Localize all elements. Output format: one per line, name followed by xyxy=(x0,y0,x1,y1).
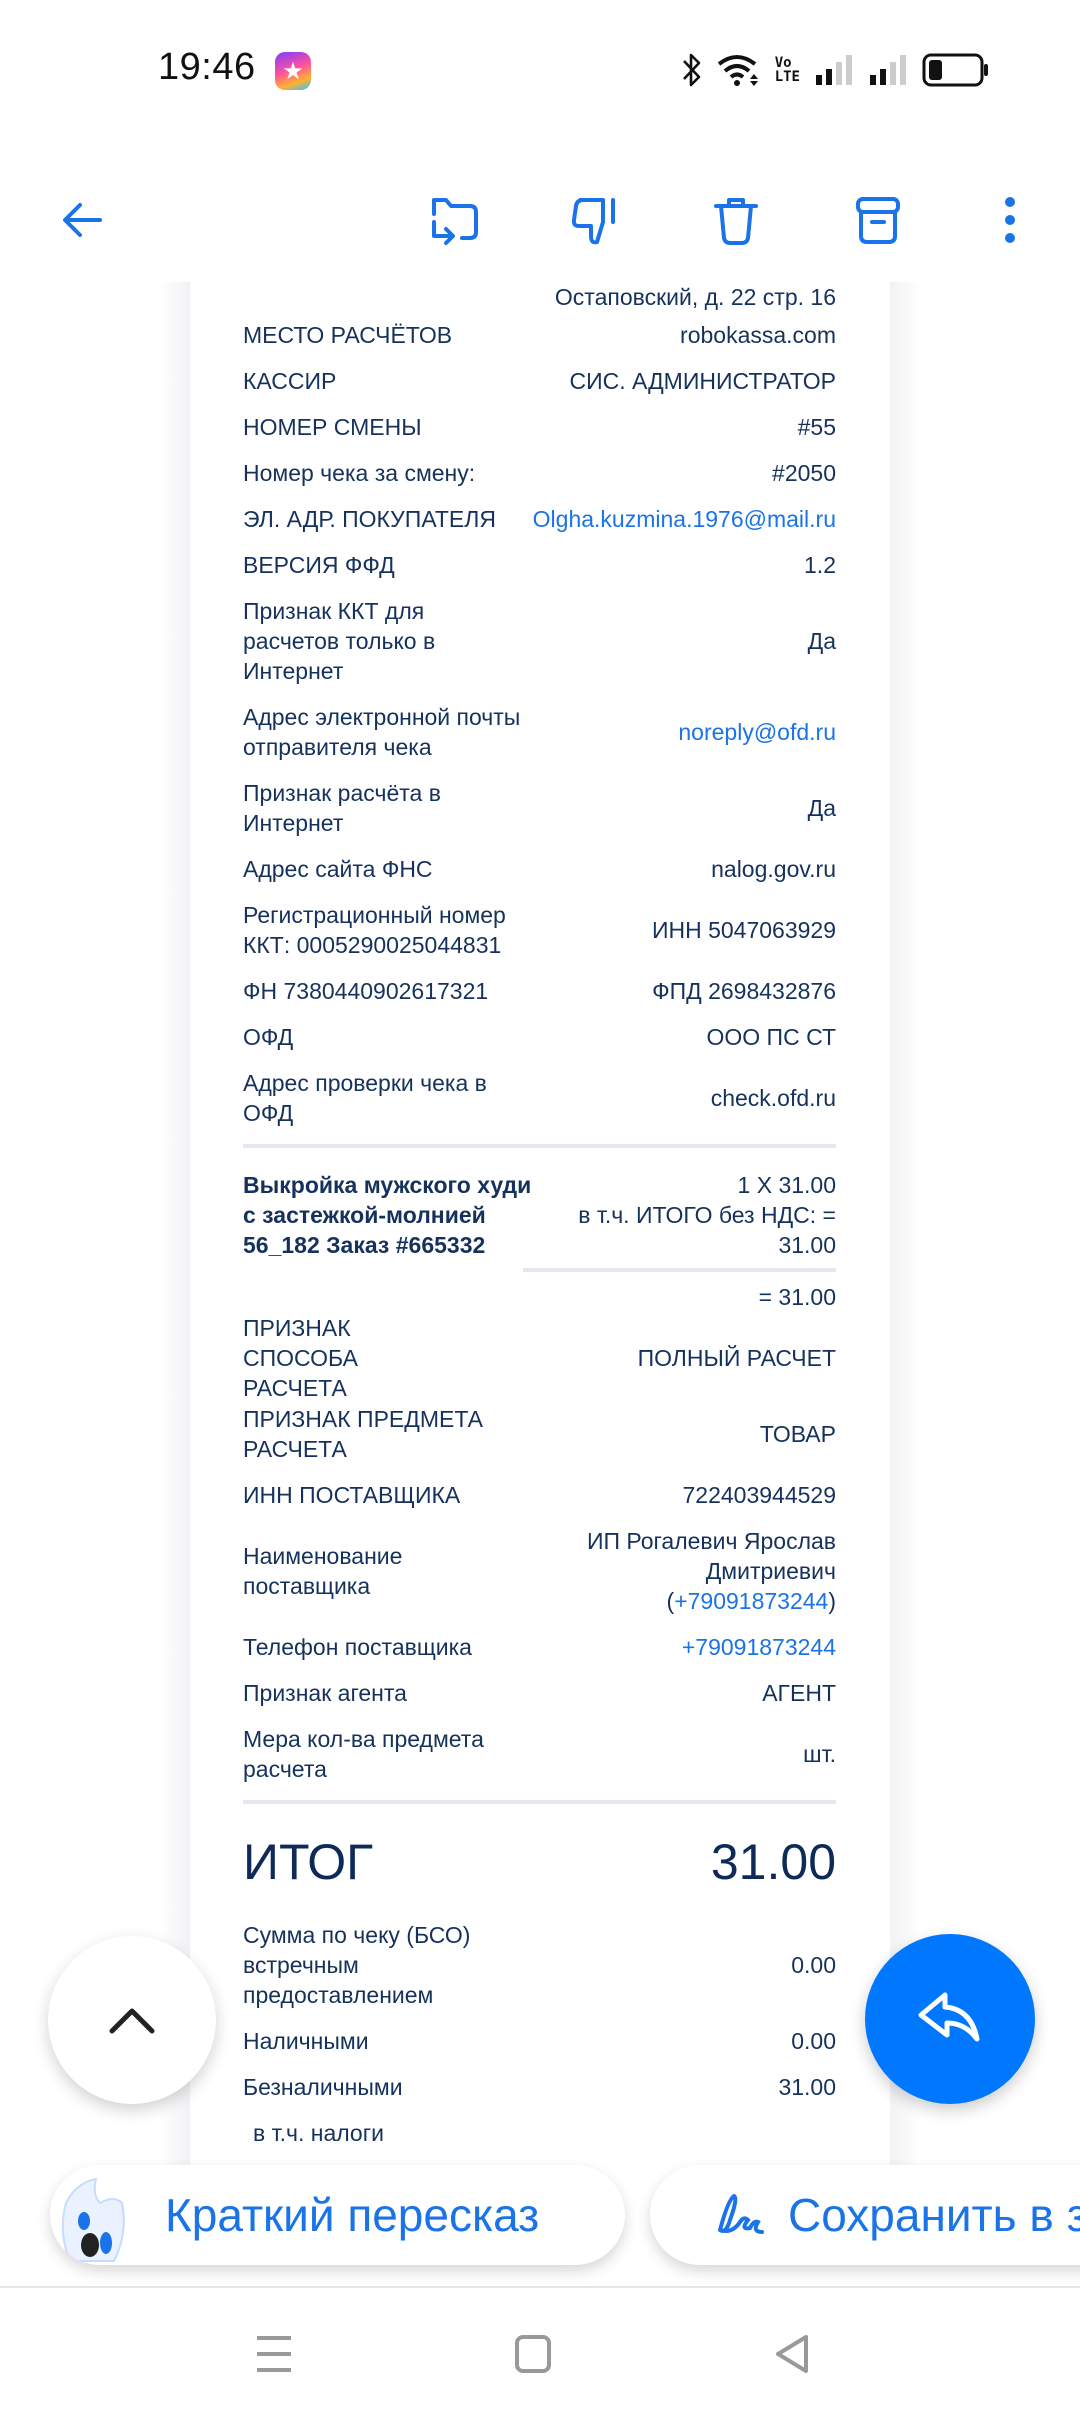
receipt-row: Безналичными 31.00 xyxy=(243,2064,836,2110)
menu-icon xyxy=(254,2334,294,2374)
receipt-row: Наименование поставщика ИП Рогалевич Яро… xyxy=(243,1518,836,1624)
row-value: robokassa.com xyxy=(680,320,836,350)
status-bar: 19:46 ★ Vo LTE xyxy=(0,0,1080,140)
row-label: в т.ч. налоги xyxy=(243,2118,384,2148)
receipt-row: Адрес проверки чека в ОФД check.ofd.ru xyxy=(243,1060,836,1136)
row-label: МЕСТО РАСЧЁТОВ xyxy=(243,320,452,350)
summary-chip-label: Краткий пересказ xyxy=(165,2188,539,2242)
move-to-folder-button[interactable] xyxy=(422,188,486,252)
receipt-row: КАССИР СИС. АДМИНИСТРАТОР xyxy=(243,358,836,404)
volte-label-bottom: LTE xyxy=(775,70,800,84)
folder-move-icon xyxy=(426,192,482,248)
row-label: ФН 7380440902617321 xyxy=(243,976,488,1006)
receipt-row: ПРИЗНАК СПОСОБА РАСЧЕТА ПОЛНЫЙ РАСЧЕТ xyxy=(243,1320,836,1396)
supplier-phone-link[interactable]: +79091873244 xyxy=(682,1632,836,1662)
receipt-row: Сумма по чеку (БСО) встречным предоставл… xyxy=(243,1912,836,2018)
receipt-row: Мера кол-ва предмета расчета шт. xyxy=(243,1716,836,1792)
item-calculation: 1 X 31.00 в т.ч. ИТОГО без НДС: = 31.00 xyxy=(578,1170,836,1260)
address-value: Остаповский, д. 22 стр. 16 xyxy=(555,282,836,312)
summary-chip[interactable]: Краткий пересказ xyxy=(50,2165,625,2265)
home-button[interactable] xyxy=(503,2324,563,2384)
receipt-row: ЭЛ. АДР. ПОКУПАТЕЛЯ Olgha.kuzmina.1976@m… xyxy=(243,496,836,542)
row-label: Признак агента xyxy=(243,1678,407,1708)
mascot-icon xyxy=(56,2173,138,2265)
row-value: 722403944529 xyxy=(683,1480,837,1510)
item-qty-price: 1 X 31.00 xyxy=(578,1170,836,1200)
receipt-row: ФН 7380440902617321 ФПД 2698432876 xyxy=(243,968,836,1014)
item-name: Выкройка мужского худи с застежкой-молни… xyxy=(243,1170,533,1260)
row-value: check.ofd.ru xyxy=(711,1083,836,1113)
total-value: 31.00 xyxy=(711,1833,836,1891)
reply-button[interactable] xyxy=(865,1934,1035,2104)
more-options-button[interactable] xyxy=(978,188,1042,252)
signature-icon xyxy=(710,2190,770,2240)
total-label: ИТОГ xyxy=(243,1833,373,1891)
battery-icon xyxy=(922,53,990,87)
row-label: НОМЕР СМЕНЫ xyxy=(243,412,422,442)
status-icons: Vo LTE xyxy=(681,50,990,90)
row-label: Признак ККТ для расчетов только в Интерн… xyxy=(243,596,443,686)
row-label: Адрес электронной почты отправителя чека xyxy=(243,702,523,762)
receipt-total: ИТОГ 31.00 xyxy=(243,1812,836,1912)
row-value: ООО ПС СТ xyxy=(707,1022,837,1052)
receipt-card: Остаповский, д. 22 стр. 16 МЕСТО РАСЧЁТО… xyxy=(190,282,890,2172)
wifi-icon xyxy=(717,52,761,88)
row-value: ПОЛНЫЙ РАСЧЕТ xyxy=(638,1343,836,1373)
message-body[interactable]: Остаповский, д. 22 стр. 16 МЕСТО РАСЧЁТО… xyxy=(0,282,1080,2172)
divider xyxy=(523,1268,836,1272)
receipt-row: ОФД ООО ПС СТ xyxy=(243,1014,836,1060)
volte-icon: Vo LTE xyxy=(775,56,800,84)
row-label: Наличными xyxy=(243,2026,369,2056)
trash-icon xyxy=(708,192,764,248)
receipt-row: Номер чека за смену: #2050 xyxy=(243,450,836,496)
signal-icon xyxy=(868,53,908,87)
row-value: шт. xyxy=(803,1739,836,1769)
row-value: Да xyxy=(808,793,836,823)
system-nav-bar xyxy=(0,2288,1080,2412)
sender-email-link[interactable]: noreply@ofd.ru xyxy=(678,717,836,747)
row-value: АГЕНТ xyxy=(762,1678,836,1708)
card-edge xyxy=(890,282,920,2172)
row-value: #55 xyxy=(798,412,836,442)
row-value: 31.00 xyxy=(778,2072,836,2102)
row-value: 0.00 xyxy=(791,1950,836,1980)
archive-button[interactable] xyxy=(846,188,910,252)
signal-icon xyxy=(814,53,854,87)
row-value: СИС. АДМИНИСТРАТОР xyxy=(569,366,836,396)
receipt-row: Наличными 0.00 xyxy=(243,2018,836,2064)
scroll-to-top-button[interactable] xyxy=(48,1936,216,2104)
row-label: ПРИЗНАК СПОСОБА РАСЧЕТА xyxy=(243,1313,463,1403)
row-label: Регистрационный номер ККТ: 0005290025044… xyxy=(243,900,513,960)
receipt-row: МЕСТО РАСЧЁТОВ robokassa.com xyxy=(243,312,836,358)
arrow-left-icon xyxy=(58,196,106,244)
divider xyxy=(243,1144,836,1148)
receipt-row: Признак ККТ для расчетов только в Интерн… xyxy=(243,588,836,694)
row-label: ВЕРСИЯ ФФД xyxy=(243,550,395,580)
row-label: Сумма по чеку (БСО) встречным предоставл… xyxy=(243,1920,473,2010)
reply-icon xyxy=(915,1989,985,2049)
receipt-row: Адрес сайта ФНС nalog.gov.ru xyxy=(243,846,836,892)
bluetooth-icon xyxy=(681,52,703,88)
recent-apps-button[interactable] xyxy=(244,2324,304,2384)
receipt-row: ВЕРСИЯ ФФД 1.2 xyxy=(243,542,836,588)
save-chip-label: Сохранить в заметки xyxy=(788,2188,1080,2242)
card-edge xyxy=(160,282,190,2172)
supplier-name-value: ИП Рогалевич Ярослав Дмитриевич (+790918… xyxy=(566,1526,836,1616)
row-value: #2050 xyxy=(772,458,836,488)
row-value: 0.00 xyxy=(791,2026,836,2056)
row-label: Номер чека за смену: xyxy=(243,458,475,488)
system-back-button[interactable] xyxy=(762,2324,822,2384)
receipt-row: ИНН ПОСТАВЩИКА 722403944529 xyxy=(243,1472,836,1518)
divider xyxy=(243,1800,836,1804)
item-vat-amount: 31.00 xyxy=(578,1230,836,1260)
row-label: Телефон поставщика xyxy=(243,1632,472,1662)
delete-button[interactable] xyxy=(704,188,768,252)
more-vertical-icon xyxy=(1000,192,1020,248)
status-time: 19:46 xyxy=(158,46,256,89)
volte-label-top: Vo xyxy=(775,56,800,70)
item-vat-line: в т.ч. ИТОГО без НДС: = xyxy=(578,1200,836,1230)
triangle-back-icon xyxy=(772,2334,812,2374)
receipt-address-tail: Остаповский, д. 22 стр. 16 xyxy=(243,282,836,312)
row-label: ЭЛ. АДР. ПОКУПАТЕЛЯ xyxy=(243,504,496,534)
receipt-row: НОМЕР СМЕНЫ #55 xyxy=(243,404,836,450)
row-value: nalog.gov.ru xyxy=(711,854,836,884)
row-label: Адрес проверки чека в ОФД xyxy=(243,1068,493,1128)
row-label: КАССИР xyxy=(243,366,336,396)
supplier-phone-link[interactable]: +79091873244 xyxy=(674,1588,828,1614)
receipt-row: Адрес электронной почты отправителя чека… xyxy=(243,694,836,770)
row-label: Безналичными xyxy=(243,2072,403,2102)
row-label: Мера кол-ва предмета расчета xyxy=(243,1724,493,1784)
receipt-row: Регистрационный номер ККТ: 0005290025044… xyxy=(243,892,836,968)
spam-button[interactable] xyxy=(563,188,627,252)
archive-box-icon xyxy=(850,192,906,248)
app-badge-icon: ★ xyxy=(275,52,311,90)
receipt-item: Выкройка мужского худи с застежкой-молни… xyxy=(243,1156,836,1260)
row-label: ПРИЗНАК ПРЕДМЕТА РАСЧЕТА xyxy=(243,1404,483,1464)
home-square-icon xyxy=(513,2334,553,2374)
receipt-row: Признак расчёта в Интернет Да xyxy=(243,770,836,846)
row-value: ТОВАР xyxy=(760,1419,836,1449)
save-to-notes-chip[interactable]: Сохранить в заметки xyxy=(650,2165,1080,2265)
back-button[interactable] xyxy=(50,188,114,252)
row-value: 1.2 xyxy=(804,550,836,580)
receipt-row: Признак агента АГЕНТ xyxy=(243,1670,836,1716)
row-label: Наименование поставщика xyxy=(243,1541,423,1601)
row-value: ИНН 5047063929 xyxy=(652,915,836,945)
supplier-name: ИП Рогалевич Ярослав Дмитриевич xyxy=(587,1528,836,1584)
buyer-email-link[interactable]: Olgha.kuzmina.1976@mail.ru xyxy=(533,504,836,534)
message-toolbar xyxy=(0,170,1080,270)
row-label: Признак расчёта в Интернет xyxy=(243,778,463,838)
row-value: ФПД 2698432876 xyxy=(652,976,836,1006)
receipt-row: ПРИЗНАК ПРЕДМЕТА РАСЧЕТА ТОВАР xyxy=(243,1396,836,1472)
thumbs-down-icon xyxy=(567,192,623,248)
row-label: Адрес сайта ФНС xyxy=(243,854,433,884)
row-label: ОФД xyxy=(243,1022,293,1052)
chevron-up-icon xyxy=(108,2005,156,2035)
receipt-row: Телефон поставщика +79091873244 xyxy=(243,1624,836,1670)
row-label: ИНН ПОСТАВЩИКА xyxy=(243,1480,460,1510)
row-value: Да xyxy=(808,626,836,656)
receipt-row: в т.ч. налоги xyxy=(243,2110,836,2156)
